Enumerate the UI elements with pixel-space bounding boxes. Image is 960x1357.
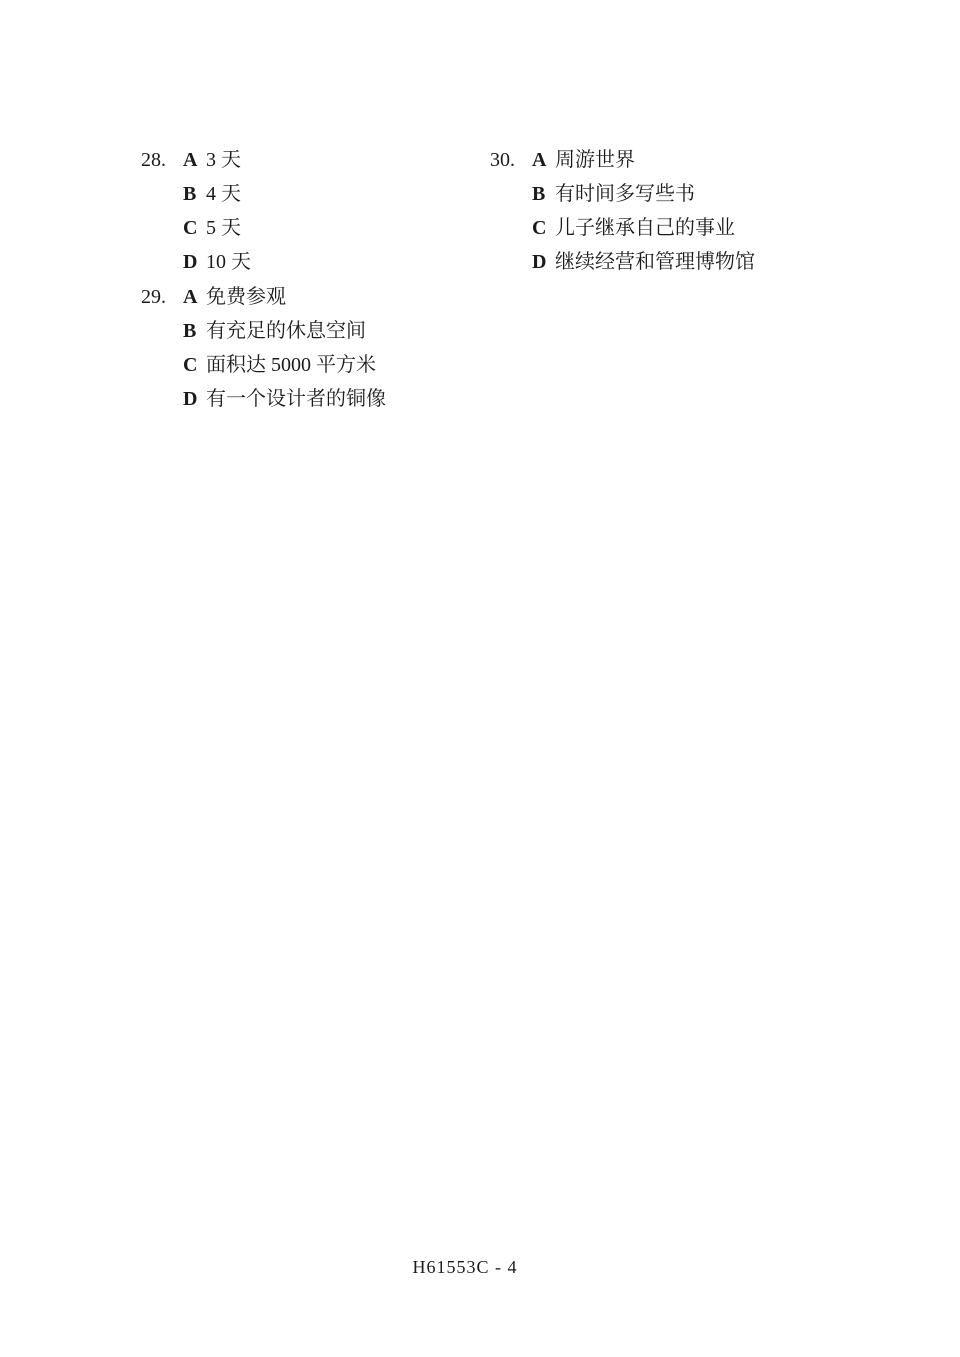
question-28: 28. A 3 天 B 4 天 C 5 天 D 10 天 <box>141 149 386 273</box>
option-letter: A <box>183 286 206 308</box>
option-row: D 继续经营和管理博物馆 <box>490 251 755 273</box>
exam-page: 28. A 3 天 B 4 天 C 5 天 D 10 天 29. <box>0 0 960 1357</box>
option-row: D 有一个设计者的铜像 <box>141 388 386 410</box>
option-text: 3 天 <box>206 149 241 171</box>
question-30: 30. A 周游世界 B 有时间多写些书 C 儿子继承自己的事业 D 继续经营和… <box>490 149 755 273</box>
option-letter: D <box>183 388 206 410</box>
option-letter: C <box>532 217 555 239</box>
option-text: 5 天 <box>206 217 241 239</box>
option-row: D 10 天 <box>141 251 386 273</box>
option-row: B 有时间多写些书 <box>490 183 755 205</box>
option-row: 30. A 周游世界 <box>490 149 755 171</box>
option-letter: B <box>183 320 206 342</box>
option-row: B 4 天 <box>141 183 386 205</box>
option-text: 周游世界 <box>555 149 635 171</box>
option-letter: B <box>532 183 555 205</box>
option-letter: B <box>183 183 206 205</box>
question-number: 30. <box>490 149 532 171</box>
option-text: 继续经营和管理博物馆 <box>555 251 755 273</box>
option-text: 儿子继承自己的事业 <box>555 217 735 239</box>
option-text: 有充足的休息空间 <box>206 320 366 342</box>
option-letter: A <box>183 149 206 171</box>
left-column: 28. A 3 天 B 4 天 C 5 天 D 10 天 29. <box>141 149 386 423</box>
option-letter: C <box>183 354 206 376</box>
option-row: C 儿子继承自己的事业 <box>490 217 755 239</box>
option-text: 有时间多写些书 <box>555 183 695 205</box>
option-letter: D <box>183 251 206 273</box>
right-column: 30. A 周游世界 B 有时间多写些书 C 儿子继承自己的事业 D 继续经营和… <box>490 149 755 286</box>
question-number: 28. <box>141 149 183 171</box>
option-row: C 面积达 5000 平方米 <box>141 354 386 376</box>
option-text: 4 天 <box>206 183 241 205</box>
option-row: B 有充足的休息空间 <box>141 320 386 342</box>
option-letter: C <box>183 217 206 239</box>
question-number: 29. <box>141 286 183 308</box>
option-letter: A <box>532 149 555 171</box>
option-text: 10 天 <box>206 251 251 273</box>
option-text: 面积达 5000 平方米 <box>206 354 376 376</box>
option-row: C 5 天 <box>141 217 386 239</box>
option-text: 免费参观 <box>206 286 286 308</box>
option-text: 有一个设计者的铜像 <box>206 388 386 410</box>
option-row: 28. A 3 天 <box>141 149 386 171</box>
option-letter: D <box>532 251 555 273</box>
page-footer: H61553C - 4 <box>0 1257 945 1278</box>
option-row: 29. A 免费参观 <box>141 286 386 308</box>
question-29: 29. A 免费参观 B 有充足的休息空间 C 面积达 5000 平方米 D 有… <box>141 286 386 410</box>
